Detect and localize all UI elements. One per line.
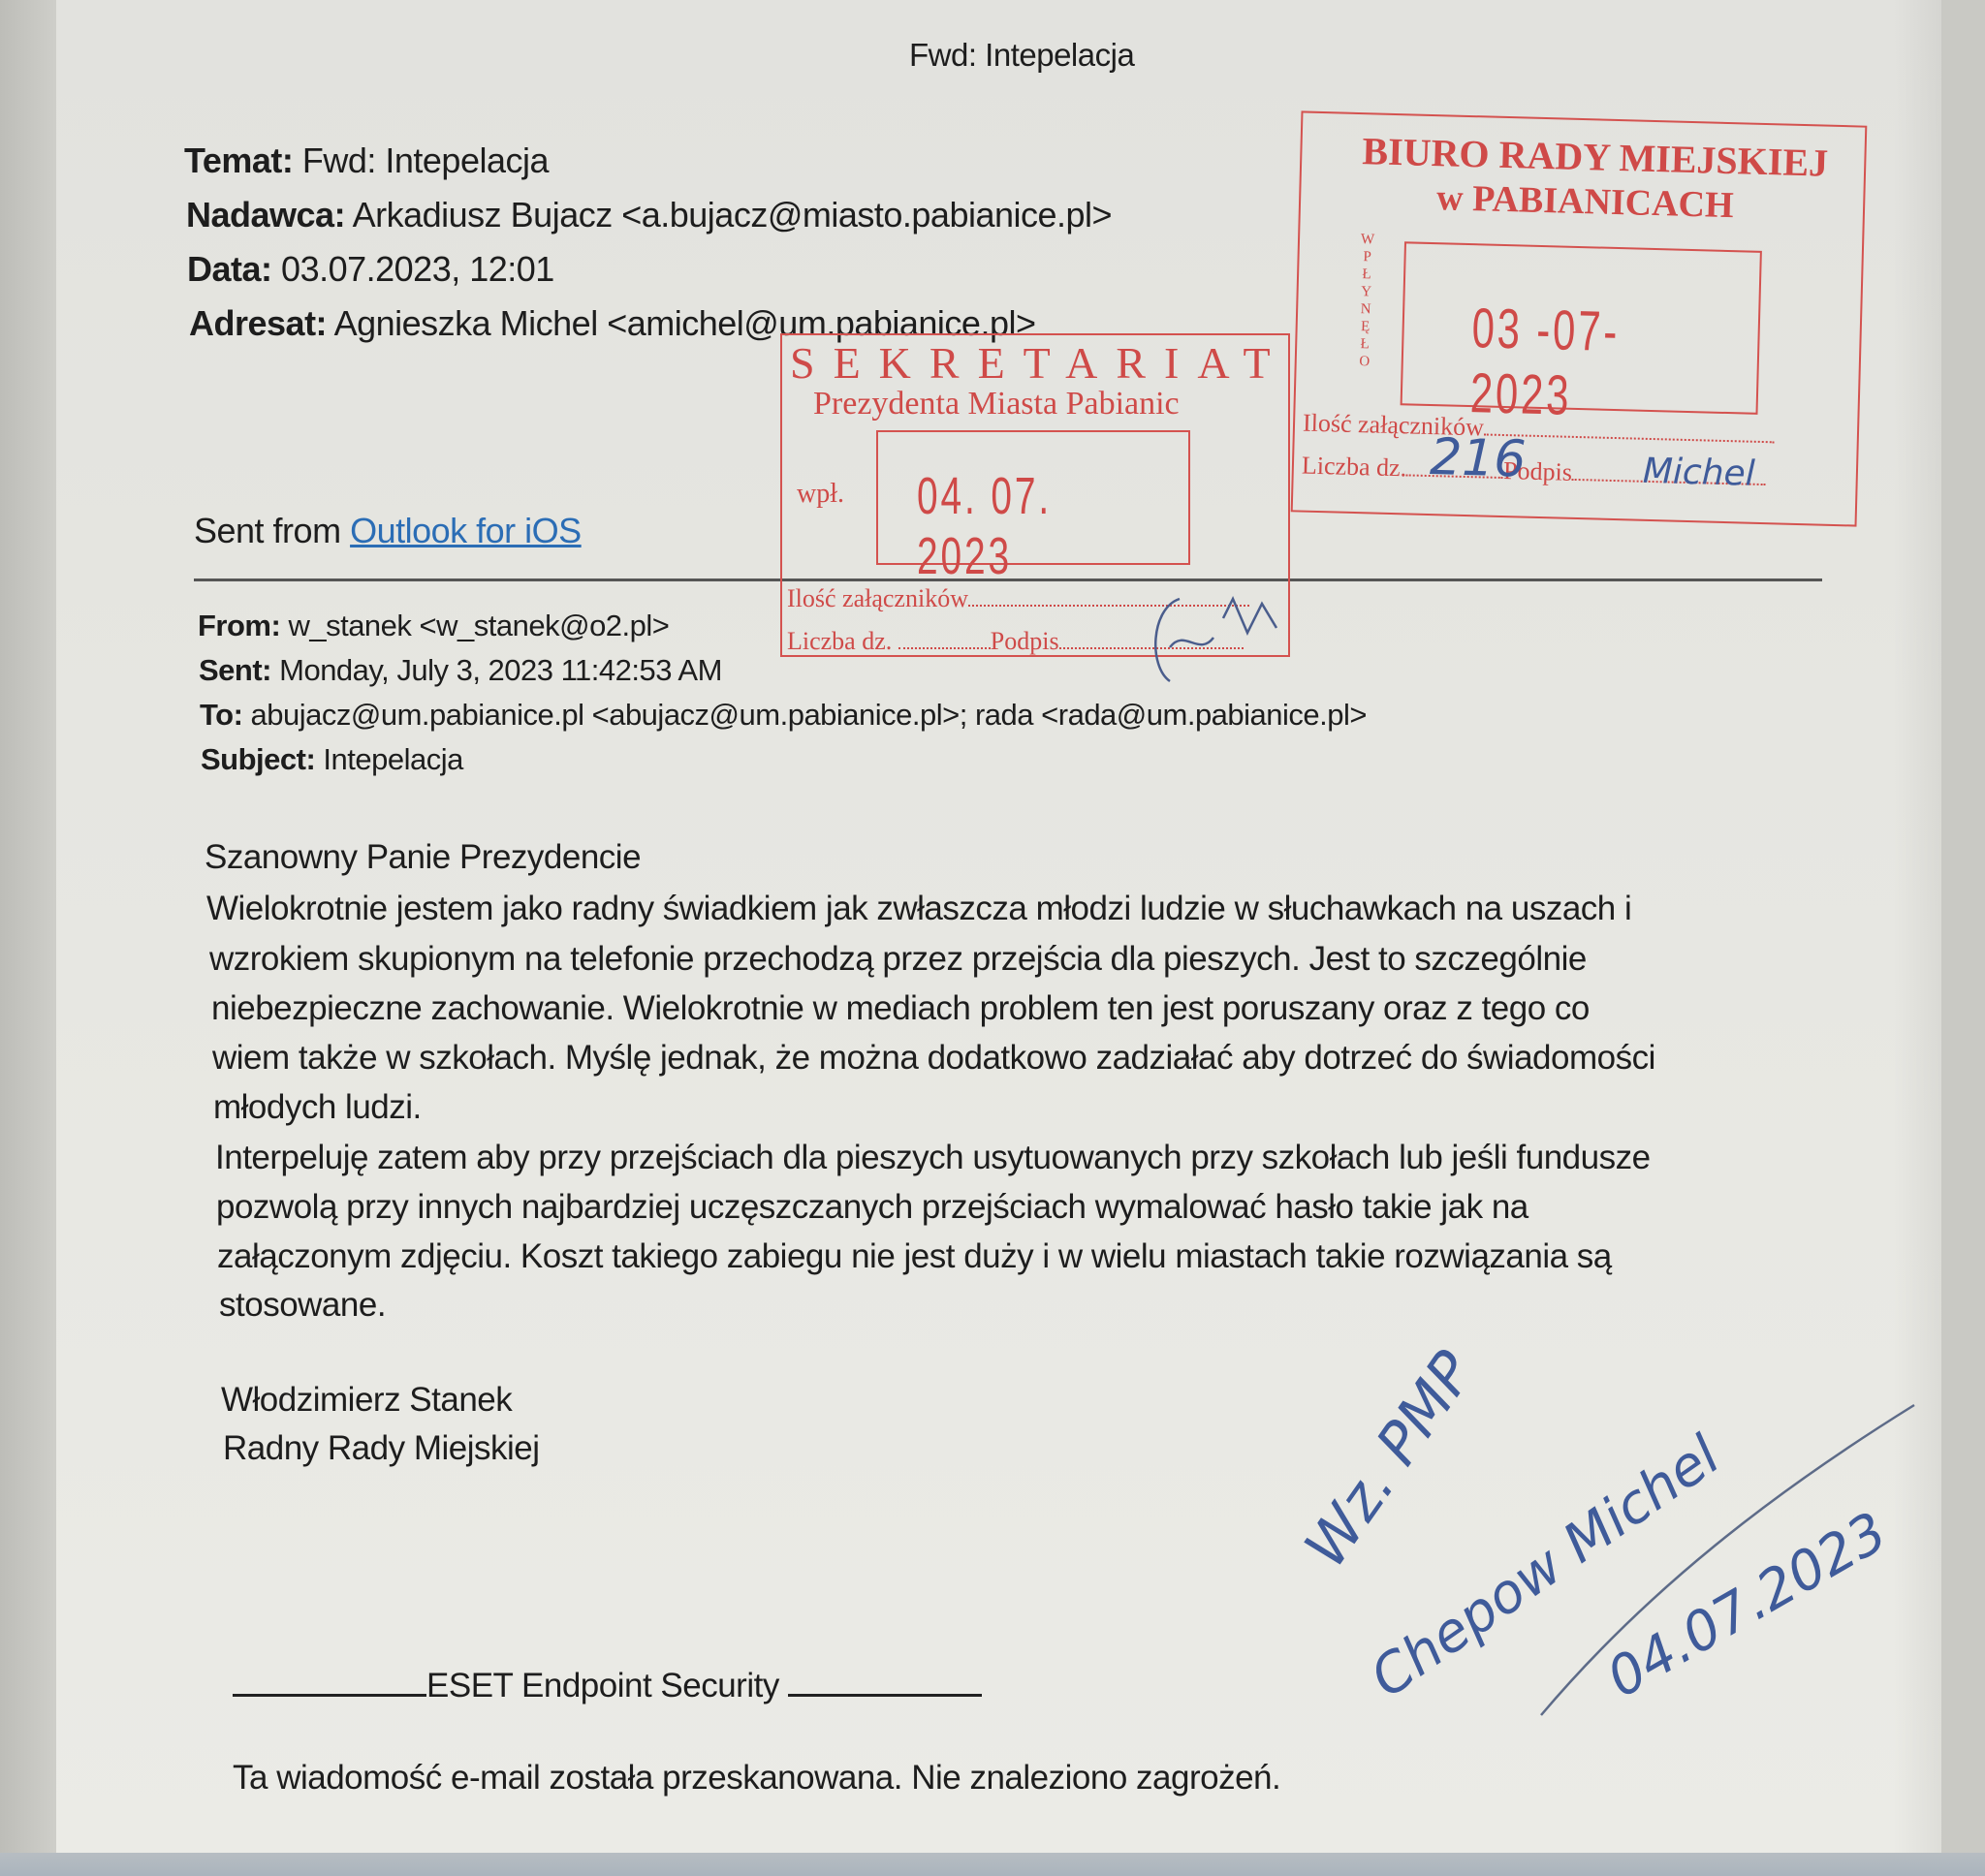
- body-line: młodych ludzi.: [213, 1088, 422, 1127]
- orig-to-row: To: abujacz@um.pabianice.pl <abujacz@um.…: [200, 698, 1367, 733]
- fwd-sender-value: Arkadiusz Bujacz <a.bujacz@miasto.pabian…: [353, 195, 1112, 234]
- signature-name: Włodzimierz Stanek: [221, 1381, 512, 1420]
- orig-subject-row: Subject: Intepelacja: [201, 742, 463, 777]
- sekretariat-signature-label: Podpis: [991, 627, 1059, 655]
- document-title: Fwd: Intepelacja: [909, 37, 1134, 74]
- sekretariat-stamp: SEKRETARIAT Prezydenta Miasta Pabianic w…: [780, 333, 1290, 657]
- sekretariat-number-label: Liczba dz.: [787, 627, 892, 655]
- fwd-subject-value: Fwd: Intepelacja: [302, 141, 549, 180]
- orig-to-value: abujacz@um.pabianice.pl <abujacz@um.pabi…: [251, 698, 1367, 732]
- sekretariat-handwritten-signature: [1141, 589, 1286, 686]
- body-line: załączonym zdjęciu. Koszt takiego zabieg…: [217, 1237, 1612, 1276]
- body-line: Wielokrotnie jestem jako radny świadkiem…: [206, 890, 1631, 928]
- fwd-date-label: Data:: [187, 249, 272, 289]
- orig-sent-label: Sent:: [199, 653, 271, 687]
- sekretariat-date: 04. 07. 2023: [917, 466, 1113, 586]
- fwd-subject-row: Temat: Fwd: Intepelacja: [184, 141, 549, 181]
- body-line: Interpeluję zatem aby przy przejściach d…: [215, 1139, 1651, 1177]
- body-line: wzrokiem skupionym na telefonie przechod…: [209, 940, 1587, 979]
- biuro-date-box: 03 -07- 2023: [1401, 241, 1762, 415]
- biuro-handwritten-number: 216: [1429, 428, 1527, 489]
- sekretariat-stamp-title: SEKRETARIAT: [790, 337, 1289, 389]
- fwd-sender-label: Nadawca:: [186, 195, 345, 234]
- body-greeting: Szanowny Panie Prezydencie: [205, 838, 641, 877]
- biuro-vertical-label: WPŁYNĘŁO: [1355, 231, 1378, 370]
- orig-from-row: From: w_stanek <w_stanek@o2.pl>: [198, 609, 669, 643]
- sekretariat-attachments-label: Ilość załączników: [787, 584, 968, 612]
- scan-notice: Ta wiadomość e-mail została przeskanowan…: [233, 1759, 1280, 1798]
- orig-from-label: From:: [198, 609, 280, 642]
- sent-from-prefix: Sent from: [194, 511, 341, 550]
- eset-label: ESET Endpoint Security: [426, 1667, 779, 1704]
- sekretariat-received-label: wpł.: [797, 479, 844, 510]
- fwd-sender-row: Nadawca: Arkadiusz Bujacz <a.bujacz@mias…: [186, 195, 1112, 235]
- orig-sent-value: Monday, July 3, 2023 11:42:53 AM: [279, 653, 722, 687]
- dotted-line: [898, 647, 991, 649]
- handwritten-strike-line: [1531, 1395, 1919, 1725]
- sekretariat-date-box: 04. 07. 2023: [876, 430, 1190, 565]
- monitor-bezel-left: [0, 0, 58, 1876]
- orig-subject-label: Subject:: [201, 742, 315, 776]
- fwd-recipient-label: Adresat:: [189, 303, 327, 343]
- eset-banner: ESET Endpoint Security: [233, 1667, 982, 1705]
- orig-subject-value: Intepelacja: [323, 742, 462, 776]
- eset-rule-left: [233, 1693, 426, 1697]
- body-line: niebezpieczne zachowanie. Wielokrotnie w…: [211, 989, 1590, 1028]
- biuro-handwritten-signature: Michel: [1642, 452, 1755, 494]
- signature-title: Radny Rady Miejskiej: [223, 1429, 540, 1468]
- orig-from-value: w_stanek <w_stanek@o2.pl>: [288, 609, 669, 642]
- taskbar-edge: [0, 1853, 1985, 1876]
- sekretariat-stamp-subtitle: Prezydenta Miasta Pabianic: [813, 386, 1180, 422]
- eset-rule-right: [788, 1693, 982, 1697]
- fwd-date-value: 03.07.2023, 12:01: [281, 249, 554, 289]
- orig-sent-row: Sent: Monday, July 3, 2023 11:42:53 AM: [199, 653, 722, 688]
- biuro-stamp-subtitle: w PABIANICACH: [1436, 176, 1735, 227]
- sent-from-row: Sent from Outlook for iOS: [194, 511, 582, 551]
- biuro-rady-stamp: BIURO RADY MIEJSKIEJ w PABIANICACH WPŁYN…: [1291, 110, 1868, 526]
- biuro-number-label: Liczba dz.: [1302, 452, 1407, 483]
- biuro-stamp-title: BIURO RADY MIEJSKIEJ: [1362, 128, 1829, 186]
- fwd-subject-label: Temat:: [184, 141, 293, 180]
- fwd-date-row: Data: 03.07.2023, 12:01: [187, 249, 554, 290]
- orig-to-label: To:: [200, 698, 242, 732]
- outlook-ios-link[interactable]: Outlook for iOS: [350, 511, 582, 550]
- body-line: pozwolą przy innych najbardziej uczęszcz…: [216, 1188, 1528, 1227]
- body-line: stosowane.: [219, 1286, 386, 1325]
- body-line: wiem także w szkołach. Myślę jednak, że …: [212, 1039, 1655, 1078]
- dotted-line: [1484, 433, 1775, 443]
